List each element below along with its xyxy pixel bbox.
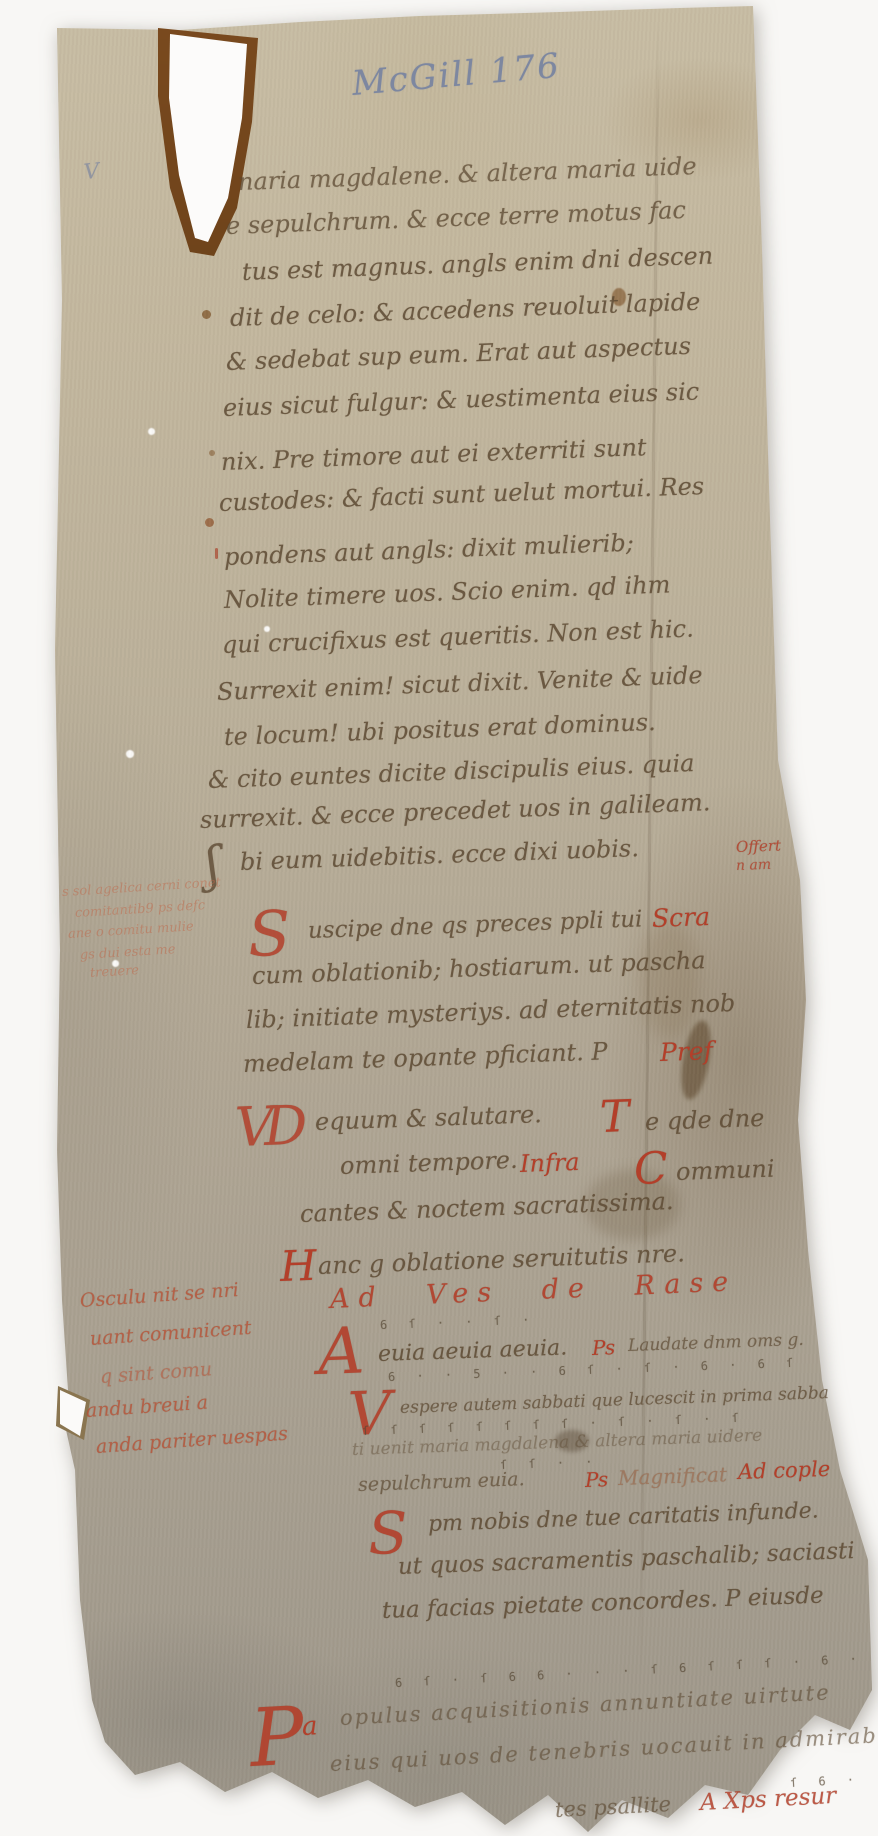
secreta-rubric: Scra [651, 902, 710, 933]
paragraph-dot [202, 310, 211, 319]
populus-initial: P [248, 1689, 307, 1785]
vere-dignum-monogram: VD [234, 1094, 298, 1159]
te-igitur-initial: T [599, 1091, 630, 1143]
offertory-rubric: Offert [736, 836, 782, 856]
wormhole [148, 428, 155, 435]
antiphon-sign: a [301, 1711, 318, 1742]
preface-rubric: Pref [659, 1036, 713, 1067]
photograph-backdrop: McGill 176 V naria magdalene. & altera m… [0, 0, 878, 1836]
wormhole [126, 750, 134, 758]
paragraph-dot [209, 450, 215, 456]
infra-rubric: Infra [520, 1148, 581, 1178]
red-tick-mark [215, 548, 218, 559]
psalm-sign: Ps [592, 1335, 616, 1360]
pencil-margin-mark: V [83, 158, 101, 183]
stain [640, 920, 700, 1040]
compline-rubric: Ad cople [738, 1457, 831, 1484]
margin-gloss-line: treuere [90, 963, 140, 981]
magnificat-incipit: Magnificat [618, 1462, 728, 1490]
hanc-igitur-initial: H [279, 1241, 317, 1291]
preface-line-cont: ommuni [676, 1155, 775, 1186]
paragraph-dot [205, 518, 214, 527]
secret-initial: S [247, 897, 292, 971]
offertory-rubric: n am [736, 857, 772, 874]
preface-line-cont: e qde dne [645, 1104, 765, 1136]
psalm-sign: Ps [585, 1467, 609, 1492]
